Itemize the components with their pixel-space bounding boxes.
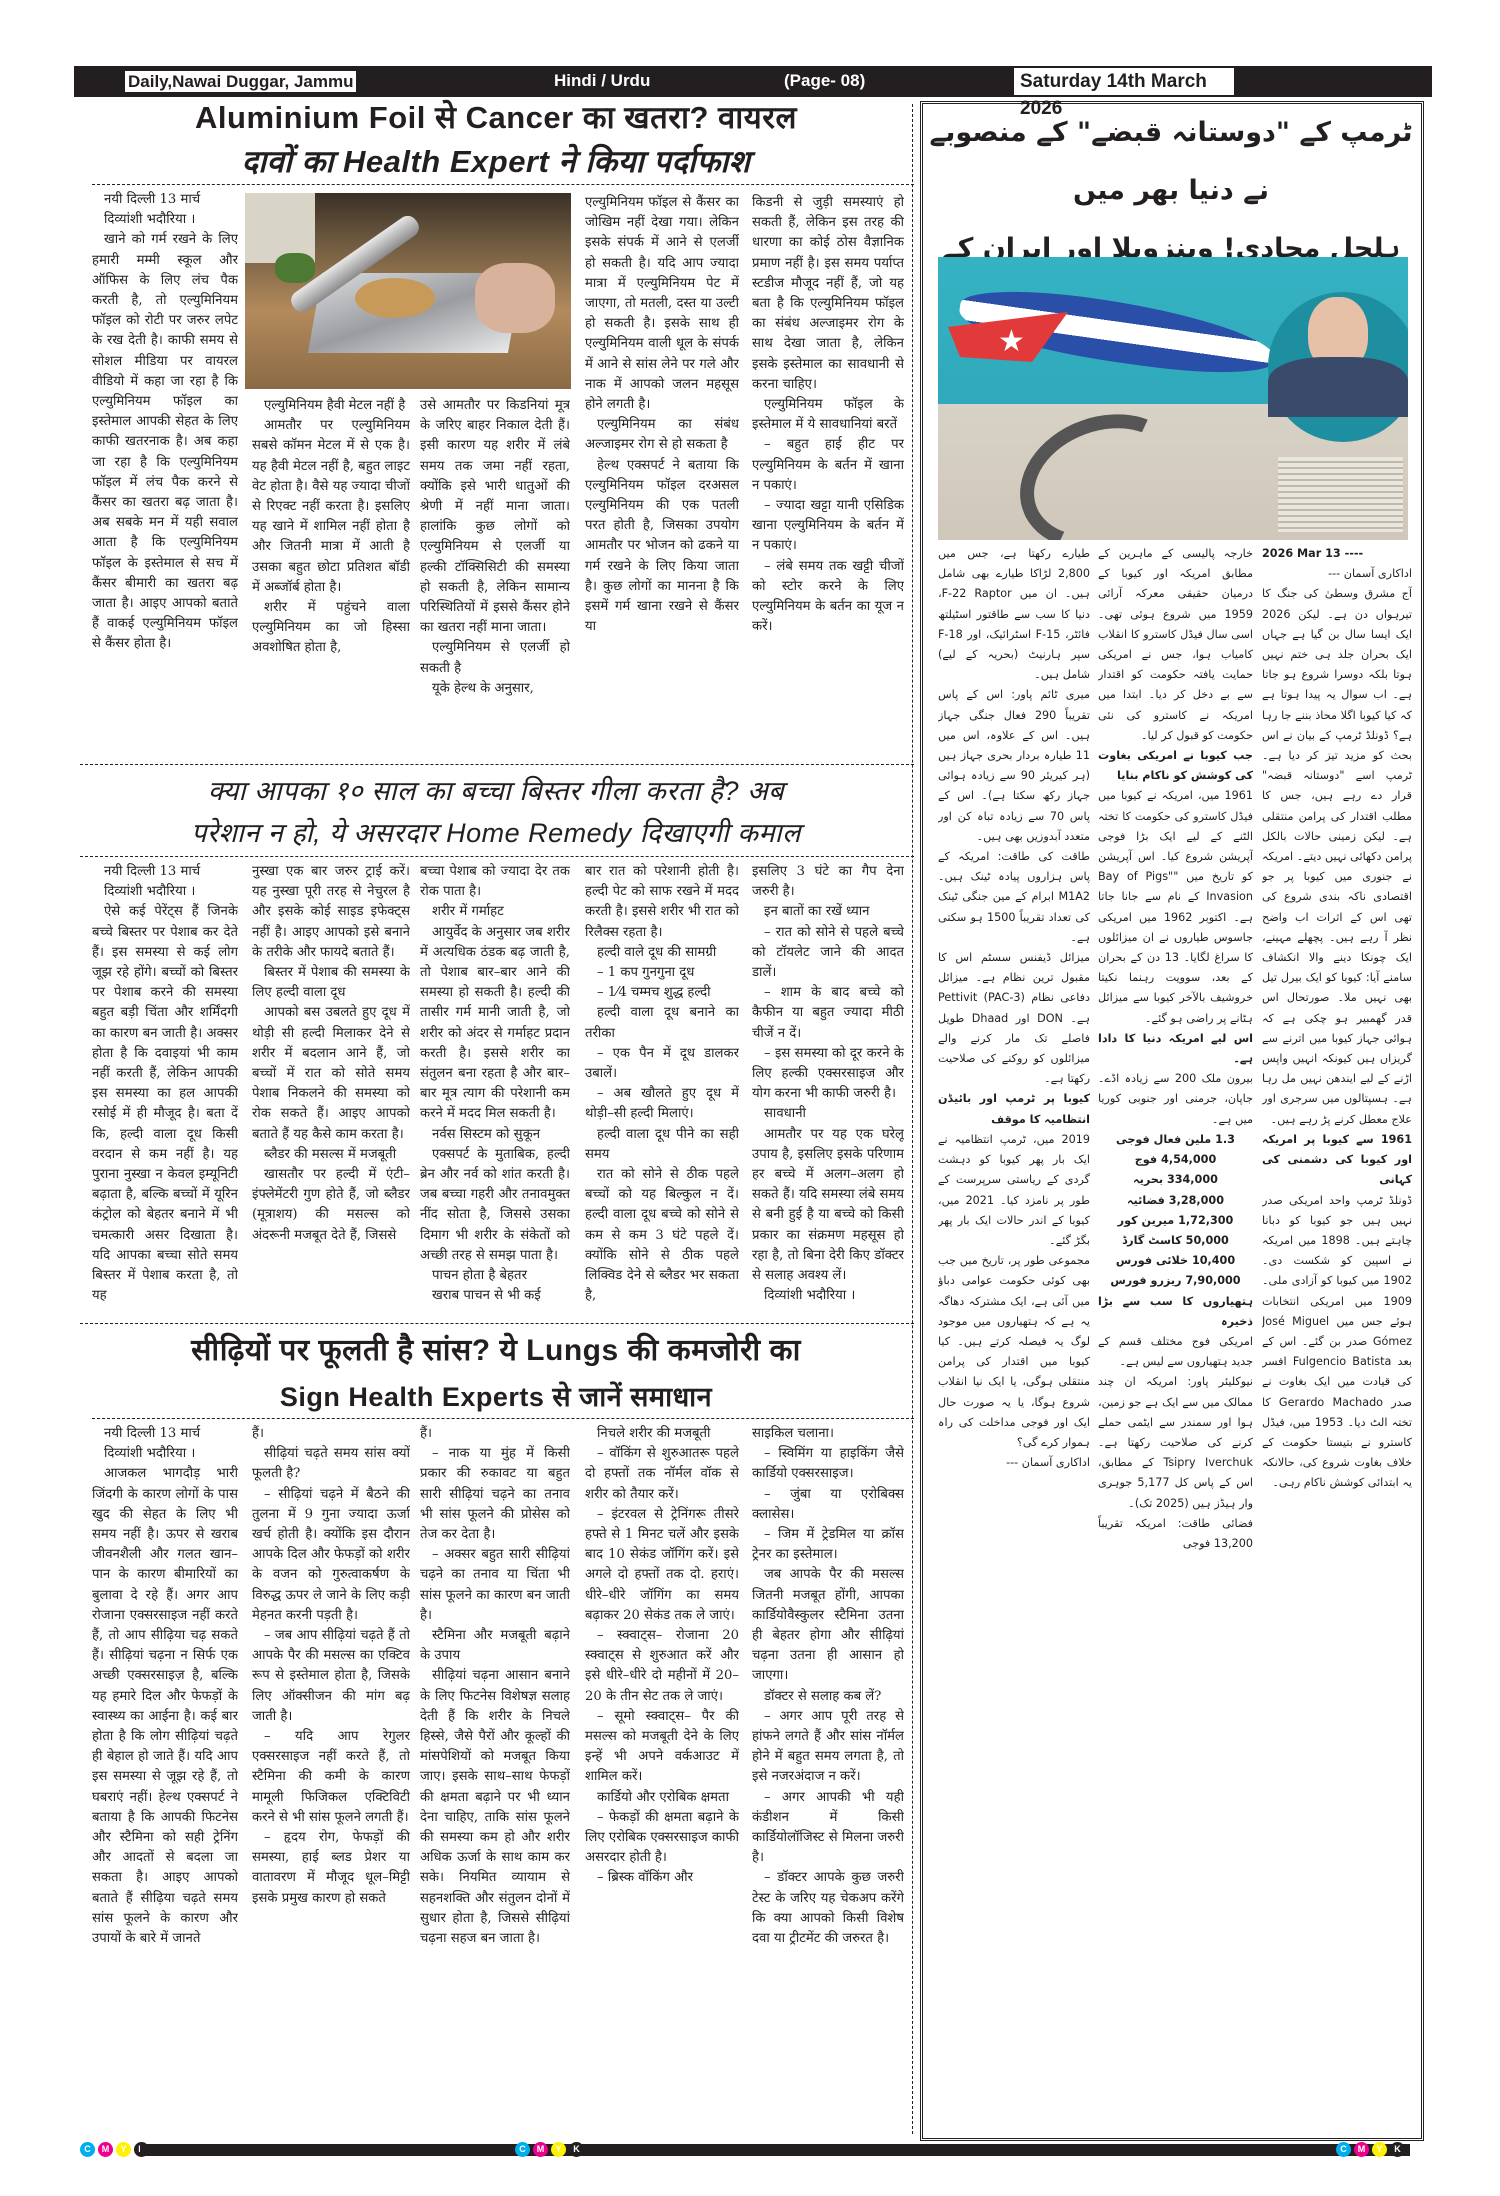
article2-column-4: बार रात को परेशानी होती है। हल्दी पेट को… <box>585 862 739 1322</box>
paragraph: आजकल भागदौड़ भारी जिंदगी के कारण लोगों क… <box>92 1464 238 1949</box>
cuba-map-leaders-photo: ★ <box>938 257 1408 540</box>
article1-headline-line2: दावों का Health Expert ने किया पर्दाफाश <box>80 140 912 184</box>
subheading: एल्युमिनियम फॉइल के इस्तेमाल में ये सावध… <box>752 395 904 435</box>
stat-item: 1.3 ملین فعال فوجی <box>1098 1130 1253 1150</box>
flag-star-icon: ★ <box>998 327 1025 357</box>
paragraph: हैं। <box>252 1424 410 1444</box>
bullet: – स्विमिंग या हाइकिंग जैसे कार्डियो एक्स… <box>752 1444 904 1484</box>
subheading: हल्दी वाला दूध बनाने का तरीका <box>585 1003 739 1043</box>
subheading: सीढ़ियां चढ़ते समय सांस क्यों फूलती है? <box>252 1444 410 1484</box>
subheading: कार्डियो और एरोबिक क्षमता <box>585 1788 739 1808</box>
divider <box>92 1418 914 1419</box>
urdu-paragraph: امریکی فوج مختلف قسم کے جدید ہتھیاروں سے… <box>1098 1332 1253 1372</box>
tip: – रात को सोने से पहले बच्चे को टॉयलेट जा… <box>752 923 904 984</box>
magenta-mark-icon: M <box>533 2142 548 2157</box>
article2-column-5: इसलिए 3 घंटे का गैप देना जरुरी है। इन बा… <box>752 862 904 1322</box>
tip: – इस समस्या को दूर करने के लिए हल्की एक्… <box>752 1044 904 1105</box>
article1-column-4: एल्युमिनियम फॉइल से कैंसर का जोखिम नहीं … <box>585 193 739 763</box>
stat-item: 7,90,000 ریزرو فورس <box>1098 1271 1253 1291</box>
step: – अब खौलते हुए दूध में थोड़ी–सी हल्दी मि… <box>585 1084 739 1124</box>
column-divider <box>912 104 913 2134</box>
bullet: – बहुत हाई हीट पर एल्युमिनियम के बर्तन म… <box>752 435 904 496</box>
article2-column-1: नयी दिल्ली 13 मार्च दिव्यांशी भदौरिया । … <box>92 862 238 1322</box>
paragraph: हैं। <box>420 1424 570 1444</box>
paragraph: सीढ़ियां चढ़ना आसान बनाने के लिए फिटनेस … <box>420 1666 570 1949</box>
registration-marks-left: C M Y K <box>80 2142 149 2157</box>
divider <box>92 184 914 185</box>
subheading: पाचन होता है बेहतर <box>420 1266 570 1286</box>
subheading: शरीर में गर्माहट <box>420 902 570 922</box>
urdu-column-middle: خارجہ پالیسی کے ماہرین کے مطابق امریکہ ا… <box>1098 544 1253 2138</box>
urdu-subheading: جب کیوبا نے امریکی بغاوت کی کوشش کو ناکا… <box>1098 746 1253 786</box>
paragraph: यूके हेल्थ के अनुसार, <box>420 679 570 699</box>
paragraph: आमतौर पर एल्युमिनियम सबसे कॉमन मेटल में … <box>252 416 410 598</box>
urdu-column-right: 2026 Mar 13 ---- اداکاری آسمان --- آج مش… <box>1262 544 1412 2138</box>
photo-herbs <box>275 253 315 283</box>
bullet: – सीढ़ियां चढ़ने में बैठने की तुलना में … <box>252 1485 410 1626</box>
urdu-subheading: اس لیے امریکہ دنیا کا دادا ہے۔ <box>1098 1029 1253 1069</box>
paragraph: उसे आमतौर पर किडनियां मूत्र के जरिए बाहर… <box>420 396 570 638</box>
bottom-bar <box>140 2144 1410 2156</box>
bullet: – वॉकिंग से शुरुआतरू पहले दो हफ्तों तक न… <box>585 1444 739 1505</box>
urdu-byline: اداکاری آسمان --- <box>938 1453 1090 1473</box>
winding-road <box>1001 392 1205 540</box>
photo-hand <box>475 263 555 333</box>
photo-chicken <box>355 278 435 318</box>
page-number: (Page- 08) <box>784 70 865 92</box>
paragraph: शरीर में पहुंचने वाला एल्युमिनियम का जो … <box>252 598 410 659</box>
urdu-paragraph: بیرون ملک 200 سے زیادہ اڈے۔ جاپان، جرمنی… <box>1098 1069 1253 1130</box>
urdu-paragraph: 2019 میں، ٹرمپ انتظامیہ نے ایک بار پھر ک… <box>938 1130 1090 1251</box>
byline: दिव्यांशी भदौरिया । <box>92 1444 238 1464</box>
bullet: – लंबे समय तक खट्टी चीजों को स्टोर करने … <box>752 557 904 638</box>
urdu-paragraph: مجموعی طور پر، تاریخ میں جب بھی کوئی حکو… <box>938 1251 1090 1453</box>
paragraph: साइकिल चलाना। <box>752 1424 904 1444</box>
subheading: हल्दी वाला दूध पीने का सही समय <box>585 1125 739 1165</box>
black-mark-icon: K <box>1390 2142 1405 2157</box>
ingredient: – 1⁄4 चम्मच शुद्ध हल्दी <box>585 983 739 1003</box>
urdu-paragraph: ڈونلڈ ٹرمپ واحد امریکی صدر نہیں ہیں جو ک… <box>1262 1191 1412 1494</box>
article3-column-1: नयी दिल्ली 13 मार्च दिव्यांशी भदौरिया । … <box>92 1424 238 2136</box>
bullet: – अक्सर बहुत सारी सीढ़ियां चढ़ने का तनाव… <box>420 1545 570 1626</box>
article1-column-5: किडनी से जुड़ी समस्याएं हो सकती हैं, लेक… <box>752 193 904 763</box>
stat-item: 334,000 بحریہ <box>1098 1170 1253 1190</box>
paragraph: हेल्थ एक्सपर्ट ने बताया कि एल्युमिनियम फ… <box>585 456 739 638</box>
article1-column-1: नयी दिल्ली 13 मार्च दिव्यांशी भदौरिया । … <box>92 190 238 762</box>
urdu-column-left: طیارے رکھتا ہے، جس میں 2,800 لڑاکا طیارے… <box>938 544 1090 2138</box>
article3-column-2: हैं। सीढ़ियां चढ़ते समय सांस क्यों फूलती… <box>252 1424 410 2136</box>
paragraph: बच्चा पेशाब को ज्यादा देर तक रोक पाता है… <box>420 862 570 902</box>
paragraph: बार रात को परेशानी होती है। हल्दी पेट को… <box>585 862 739 943</box>
divider <box>80 856 914 857</box>
bullet: – इंटरवल से ट्रेनिंगरू तीसरे हफ्ते से 1 … <box>585 1505 739 1626</box>
bullet: – ज्यादा खट्टा यानी एसिडिक खाना एल्युमिन… <box>752 496 904 557</box>
paragraph: आपको बस उबलते हुए दूध में थोड़ी सी हल्दी… <box>252 1003 410 1144</box>
cyan-mark-icon: C <box>80 2142 95 2157</box>
leader-suit <box>1268 357 1408 417</box>
ingredient: – 1 कप गुनगुना दूध <box>585 963 739 983</box>
yellow-mark-icon: Y <box>551 2142 566 2157</box>
urdu-paragraph: خارجہ پالیسی کے ماہرین کے مطابق امریکہ ا… <box>1098 544 1253 746</box>
yellow-mark-icon: Y <box>116 2142 131 2157</box>
paragraph: एक्सपर्ट के मुताबिक, हल्दी ब्रेन और नर्व… <box>420 1145 570 1266</box>
subheading: स्टैमिना और मजबूती बढ़ाने के उपाय <box>420 1626 570 1666</box>
paragraph: ऐसे कई पेरेंट्स हैं जिनके बच्चे बिस्तर प… <box>92 902 238 1306</box>
paragraph: जब आपके पैर की मसल्स जितनी मजबूत होंगी, … <box>752 1565 904 1686</box>
urdu-paragraph: فضائی طاقت: امریکہ تقریباً 13,200 فوجی <box>1098 1514 1253 1554</box>
dateline: नयी दिल्ली 13 मार्च <box>92 862 238 882</box>
cyan-mark-icon: C <box>515 2142 530 2157</box>
paper-name: Daily,Nawai Duggar, Jammu <box>124 70 357 93</box>
urdu-headline-line1: ٹرمپ کے "دوستانہ قبضے" کے منصوبے نے دنیا… <box>926 104 1416 220</box>
article2-column-3: बच्चा पेशाब को ज्यादा देर तक रोक पाता है… <box>420 862 570 1322</box>
urdu-paragraph: میزائل ڈیفنس سسٹم اس کا مقبول ترین نظام … <box>938 948 1090 1089</box>
registration-marks-right: C M Y K <box>1336 2142 1405 2157</box>
issue-date: Saturday 14th March 2026 <box>1014 68 1234 95</box>
subheading: नर्वस सिस्टम को सुकून <box>420 1125 570 1145</box>
paragraph: एल्युमिनियम फॉइल से कैंसर का जोखिम नहीं … <box>585 193 739 415</box>
urdu-paragraph: طیارے رکھتا ہے، جس میں 2,800 لڑاکا طیارے… <box>938 544 1090 685</box>
article1-headline-line1: Aluminium Foil से Cancer का खतरा? वायरल <box>80 96 912 140</box>
stat-item: 1,72,300 میرین کور <box>1098 1211 1253 1231</box>
subheading: सावधानी <box>752 1104 904 1124</box>
paragraph: किडनी से जुड़ी समस्याएं हो सकती हैं, लेक… <box>752 193 904 395</box>
black-mark-icon: K <box>569 2142 584 2157</box>
step: – एक पैन में दूध डालकर उबालें। <box>585 1044 739 1084</box>
bullet: – जिम में ट्रेडमिल या क्रॉस ट्रेनर का इस… <box>752 1525 904 1565</box>
masthead-bar: Daily,Nawai Duggar, Jammu Hindi / Urdu (… <box>74 66 1432 97</box>
urdu-paragraph: طاقت کی طاقت: امریکہ کے پاس ہزاروں پیادہ… <box>938 847 1090 948</box>
article1-column-3: उसे आमतौर पर किडनियां मूत्र के जरिए बाहर… <box>420 396 570 762</box>
article3-column-4: निचले शरीर की मजबूती – वॉकिंग से शुरुआतर… <box>585 1424 739 2136</box>
cyan-mark-icon: C <box>1336 2142 1351 2157</box>
stat-item: 10,400 خلائی فورس <box>1098 1251 1253 1271</box>
subheading: एल्युमिनियम हैवी मेटल नहीं है <box>252 396 410 416</box>
paragraph: आमतौर पर यह एक घरेलू उपाय है, इसलिए इसके… <box>752 1125 904 1287</box>
magenta-mark-icon: M <box>1354 2142 1369 2157</box>
urdu-byline: اداکاری آسمان --- <box>1262 564 1412 584</box>
subheading: इन बातों का रखें ध्यान <box>752 902 904 922</box>
paragraph: खाने को गर्म रखने के लिए हमारी मम्मी स्क… <box>92 230 238 654</box>
subheading: डॉक्टर से सलाह कब लें? <box>752 1687 904 1707</box>
bullet: – फेकड़ों की क्षमता बढ़ाने के लिए एरोबिक… <box>585 1808 739 1869</box>
byline: दिव्यांशी भदौरिया । <box>92 210 238 230</box>
bullet: – ब्रिस्क वॉकिंग और <box>585 1868 739 1888</box>
paragraph: इसलिए 3 घंटे का गैप देना जरुरी है। <box>752 862 904 902</box>
paragraph: नुस्खा एक बार जरुर ट्राई करें। यह नुस्खा… <box>252 862 410 963</box>
article3-headline: सीढ़ियों पर फूलती है सांस? ये Lungs की क… <box>80 1328 912 1420</box>
divider <box>80 764 914 765</box>
newspaper-stack <box>1278 457 1403 532</box>
urdu-paragraph: میری ٹائم پاور: اس کے پاس تقریباً 290 فع… <box>938 685 1090 847</box>
divider <box>80 1323 914 1324</box>
article2-headline: क्या आपका १० साल का बच्चा बिस्तर गीला कर… <box>80 770 912 854</box>
article3-column-5: साइकिल चलाना। – स्विमिंग या हाइकिंग जैसे… <box>752 1424 904 2136</box>
bullet: – अगर आप पूरी तरह से हांफने लगते हैं और … <box>752 1707 904 1788</box>
subheading: एल्युमिनियम से एलर्जी हो सकती है <box>420 638 570 678</box>
subheading: निचले शरीर की मजबूती <box>585 1424 739 1444</box>
bullet: – नाक या मुंह में किसी प्रकार की रुकावट … <box>420 1444 570 1545</box>
bullet: – जुंबा या एरोबिक्स क्लासेस। <box>752 1485 904 1525</box>
bullet: – यदि आप रेगुलर एक्सरसाइज नहीं करते हैं,… <box>252 1727 410 1828</box>
urdu-subheading: 1961 سے کیوبا پر امریکہ اور کیوبا کی دشم… <box>1262 1130 1412 1191</box>
urdu-paragraph: آج مشرق وسطیٰ کی جنگ کا تیرہواں دن ہے۔ ل… <box>1262 584 1412 1129</box>
bullet: – जब आप सीढ़ियां चढ़ते हैं तो आपके पैर क… <box>252 1626 410 1727</box>
bullet: – डॉक्टर आपके कुछ जरुरी टेस्ट के जरिए यह… <box>752 1868 904 1949</box>
paragraph: खासतौर पर हल्दी में एंटी–इंफ्लेमेंटरी गु… <box>252 1165 410 1246</box>
urdu-subheading: کیوبا پر ٹرمپ اور بائیڈن انتظامیہ کا موق… <box>938 1089 1090 1129</box>
stat-item: 50,000 کاسٹ گارڈ <box>1098 1231 1253 1251</box>
bullet: – स्क्वाट्स– रोजाना 20 स्क्वाट्स से शुरु… <box>585 1626 739 1707</box>
registration-marks-center: C M Y K <box>515 2142 584 2157</box>
article3-headline-line2: Sign Health Experts से जानें समाधान <box>80 1374 912 1420</box>
article1-headline: Aluminium Foil से Cancer का खतरा? वायरल … <box>80 96 912 184</box>
edition-language: Hindi / Urdu <box>554 70 650 92</box>
yellow-mark-icon: Y <box>1372 2142 1387 2157</box>
urdu-dateline: 2026 Mar 13 ---- <box>1262 544 1412 564</box>
subheading: ब्लैडर की मसल्स में मजबूती <box>252 1145 410 1165</box>
paragraph: खराब पाचन से भी कई <box>420 1286 570 1306</box>
aluminium-foil-photo <box>245 193 571 389</box>
paragraph: रात को सोने से ठीक पहले बच्चों को यह बिल… <box>585 1165 739 1306</box>
subheading: एल्युमिनियम का संबंध अल्जाइमर रोग से हो … <box>585 415 739 455</box>
bullet: – अगर आपकी भी यही कंडीशन में किसी कार्डि… <box>752 1788 904 1869</box>
magenta-mark-icon: M <box>98 2142 113 2157</box>
dateline: नयी दिल्ली 13 मार्च <box>92 1424 238 1444</box>
article2-headline-line1: क्या आपका १० साल का बच्चा बिस्तर गीला कर… <box>80 770 912 812</box>
article3-headline-line1: सीढ़ियों पर फूलती है सांस? ये Lungs की क… <box>80 1328 912 1374</box>
article1-column-2: एल्युमिनियम हैवी मेटल नहीं है आमतौर पर ए… <box>252 396 410 762</box>
article2-column-2: नुस्खा एक बार जरुर ट्राई करें। यह नुस्खा… <box>252 862 410 1322</box>
urdu-paragraph: 1961 میں، امریکہ نے کیوبا میں فیڈل کاستر… <box>1098 786 1253 1028</box>
photo-window <box>245 193 315 263</box>
stat-item: 4,54,000 فوج <box>1098 1150 1253 1170</box>
subheading: बिस्तर में पेशाब की समस्या के लिए हल्दी … <box>252 963 410 1003</box>
bullet: – सूमो स्क्वाट्स– पैर की मसल्स को मजबूती… <box>585 1707 739 1788</box>
bullet: – हृदय रोग, फेफड़ों की समस्या, हाई ब्लड … <box>252 1828 410 1909</box>
military-stats-list: 1.3 ملین فعال فوجی 4,54,000 فوج 334,000 … <box>1098 1130 1253 1292</box>
tip: – शाम के बाद बच्चे को कैफीन या बहुत ज्या… <box>752 983 904 1044</box>
stat-item: 3,28,000 فضائیہ <box>1098 1191 1253 1211</box>
article2-headline-line2: परेशान न हो, ये असरदार Home Remedy दिखाए… <box>80 812 912 854</box>
byline: दिव्यांशी भदौरिया । <box>752 1286 904 1306</box>
subheading: हल्दी वाले दूध की सामग्री <box>585 943 739 963</box>
paragraph: आयुर्वेद के अनुसार जब शरीर में अत्यधिक ठ… <box>420 923 570 1125</box>
article3-column-3: हैं। – नाक या मुंह में किसी प्रकार की रु… <box>420 1424 570 2136</box>
dateline: नयी दिल्ली 13 मार्च <box>92 190 238 210</box>
urdu-paragraph: نیوکلیئر پاور: امریکہ ان چند ممالک میں س… <box>1098 1372 1253 1513</box>
urdu-subheading: ہتھیاروں کا سب سے بڑا ذخیرہ <box>1098 1292 1253 1332</box>
byline: दिव्यांशी भदौरिया । <box>92 882 238 902</box>
